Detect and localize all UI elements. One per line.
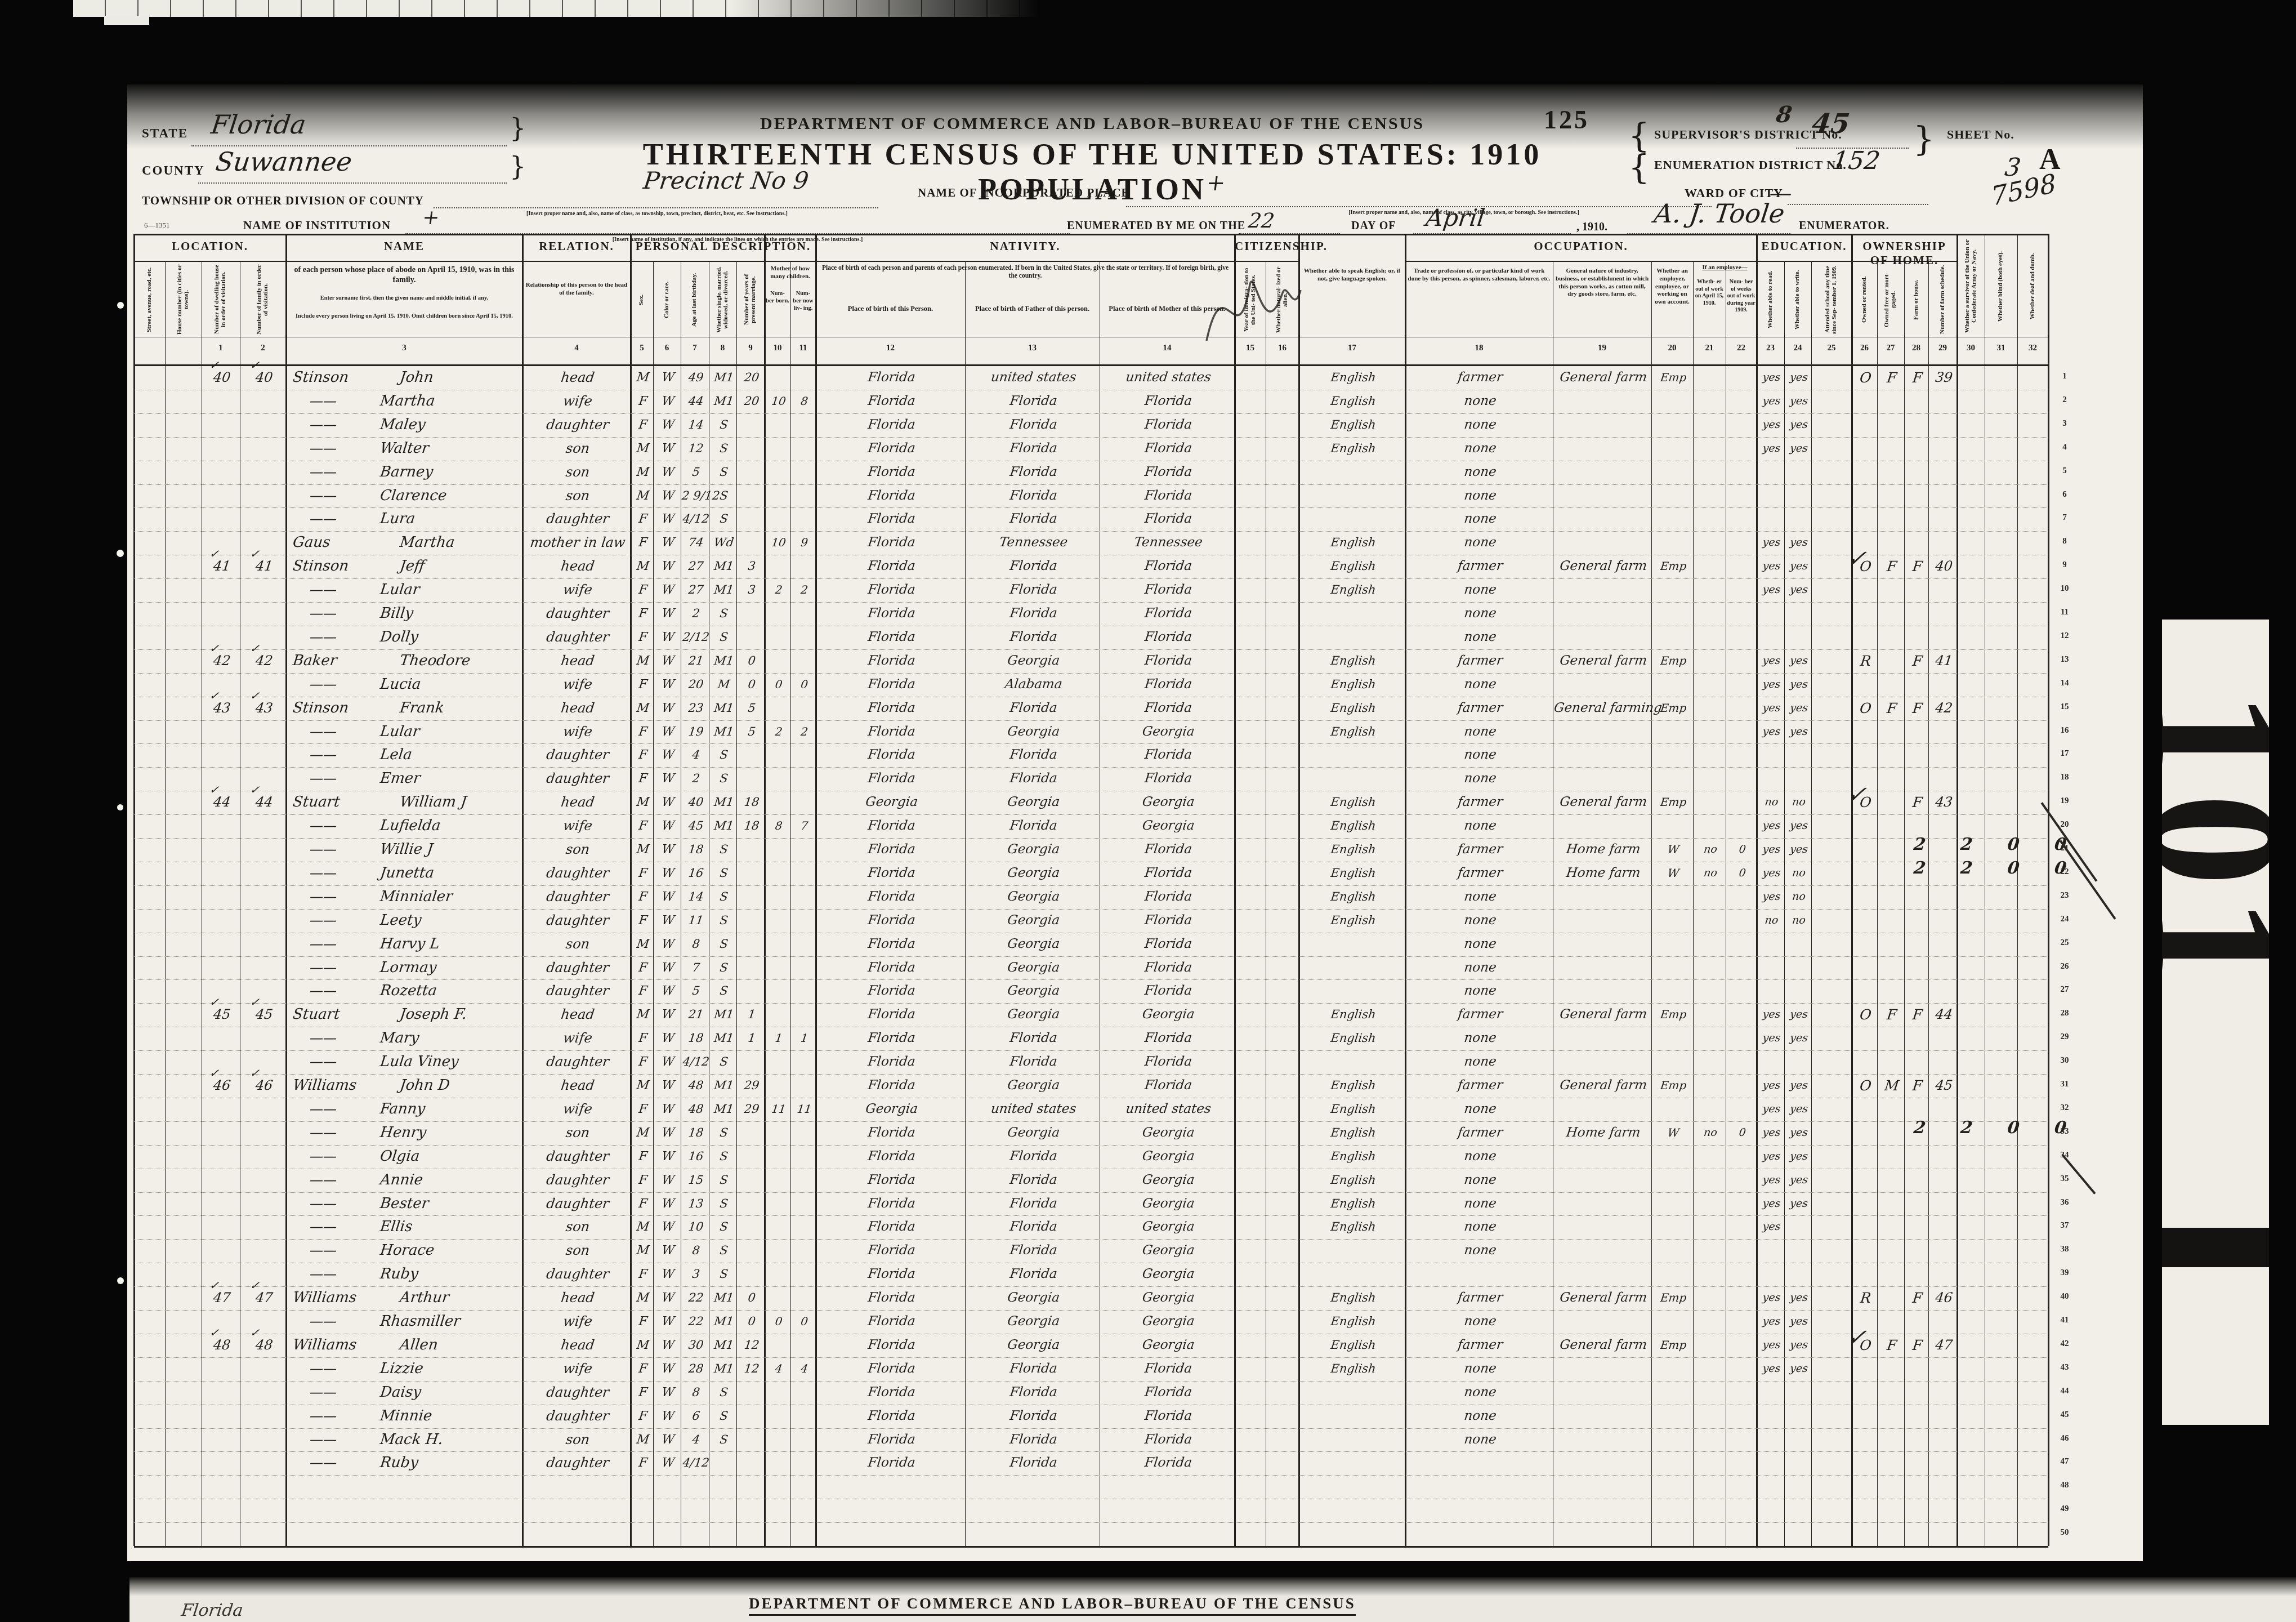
- cell-occ: none: [1405, 463, 1555, 482]
- row-line: [134, 484, 2048, 485]
- row-number: 15: [2052, 702, 2078, 712]
- cell-surname: Stuart: [292, 1005, 407, 1024]
- row-line: [134, 1286, 2048, 1287]
- cell-given-name: Mack H.: [379, 1431, 499, 1450]
- cell-wr: yes: [1784, 439, 1813, 458]
- cell-mar: M1: [709, 1100, 739, 1119]
- row-line: [134, 697, 2048, 697]
- cell-fs: 47: [1928, 1336, 1959, 1355]
- cell-fs: 46: [1928, 1289, 1959, 1308]
- ditto-mark: ——: [309, 935, 361, 954]
- group-underline: [816, 261, 1235, 262]
- row-number: 41: [2052, 1316, 2078, 1325]
- cell-own: O: [1852, 1005, 1879, 1024]
- visit-check: ✓: [245, 358, 264, 372]
- cell-pb: Florida: [816, 1289, 967, 1308]
- next-sheet-shadow: [129, 1577, 2296, 1596]
- cell-pbm: Georgia: [1100, 1265, 1237, 1284]
- ditto-mark: ——: [309, 416, 361, 435]
- county-brace: }: [510, 151, 526, 181]
- cell-ind: General farm: [1553, 1336, 1654, 1355]
- cell-race: W: [653, 1147, 683, 1166]
- cell-pb: Florida: [816, 840, 967, 859]
- col-number: 23: [1757, 344, 1784, 353]
- cell-wr: yes: [1784, 817, 1813, 836]
- cell-own: R: [1852, 652, 1879, 671]
- cell-pbf: Florida: [965, 1454, 1102, 1473]
- visit-check: ✓: [205, 689, 224, 702]
- cell-pbf: united states: [965, 368, 1102, 387]
- cell-rel: son: [522, 487, 633, 506]
- cell-pbf: Georgia: [965, 959, 1102, 978]
- cell-age: 20: [681, 675, 711, 694]
- cell-wks: 0: [1726, 840, 1759, 859]
- county-label: COUNTY: [142, 163, 205, 178]
- punch-hole: [117, 1277, 124, 1284]
- cell-given-name: Lormay: [379, 959, 499, 978]
- cell-rel: head: [522, 1336, 633, 1355]
- cell-sex: F: [631, 888, 655, 907]
- cell-pbf: Georgia: [965, 1124, 1102, 1143]
- name-desc: Enter surname first, then the given name…: [293, 295, 516, 302]
- cell-race: W: [653, 699, 683, 718]
- cell-race: W: [653, 652, 683, 671]
- cell-race: W: [653, 487, 683, 506]
- cell-rel: son: [522, 1124, 633, 1143]
- cell-occ: farmer: [1405, 1005, 1555, 1024]
- row-line: [134, 1169, 2048, 1169]
- cell-pbm: Florida: [1100, 911, 1237, 930]
- tabulation-note: 2 2 0 0: [1913, 1118, 2061, 1138]
- cell-rel: daughter: [522, 510, 633, 529]
- col-label: Street, avenue, road, etc.: [135, 264, 164, 335]
- cell-rel: wife: [522, 392, 633, 411]
- cell-occ: none: [1405, 416, 1555, 435]
- cell-pb: Florida: [816, 533, 967, 552]
- cell-mar: M1: [709, 1289, 739, 1308]
- cell-mar: M1: [709, 1029, 739, 1048]
- cell-race: W: [653, 793, 683, 812]
- cell-rel: daughter: [522, 1383, 633, 1402]
- ditto-mark: ——: [309, 769, 361, 788]
- table-vline: [790, 262, 791, 1546]
- cell-pbm: Georgia: [1100, 723, 1237, 742]
- cell-age: 8: [681, 935, 711, 954]
- row-line: [134, 390, 2048, 390]
- cell-given-name: Martha: [379, 392, 499, 411]
- cell-sex: M: [631, 463, 655, 482]
- row-line: [134, 767, 2048, 768]
- cell-wr: no: [1784, 888, 1813, 907]
- row-number: 10: [2052, 584, 2078, 594]
- cell-age: 27: [681, 557, 711, 576]
- cell-pb: Florida: [816, 982, 967, 1001]
- col-label: Whether able to read.: [1758, 264, 1783, 335]
- cell-given-name: Harvy L: [379, 935, 499, 954]
- cell-given-name: Willie J: [379, 840, 499, 859]
- row-number: 31: [2052, 1080, 2078, 1089]
- cell-pb: Florida: [816, 604, 967, 623]
- cell-eng: English: [1299, 533, 1408, 552]
- cell-occ: farmer: [1405, 699, 1555, 718]
- cell-fh: F: [1904, 793, 1931, 812]
- cell-rd: yes: [1757, 675, 1786, 694]
- cell-race: W: [653, 1076, 683, 1095]
- cell-cb: 0: [765, 675, 793, 694]
- row-number: 44: [2052, 1387, 2078, 1396]
- ditto-mark: ——: [309, 1218, 361, 1237]
- visit-check: ✓: [205, 641, 224, 655]
- cell-eng: English: [1299, 1218, 1408, 1237]
- cell-age: 28: [681, 1360, 711, 1379]
- col-number: 28: [1904, 344, 1928, 353]
- col-label: House number (in cities or towns).: [166, 264, 200, 335]
- cell-rel: head: [522, 368, 633, 387]
- sheet-label: SHEET No.: [1947, 127, 2014, 142]
- cell-pbm: Georgia: [1100, 1218, 1237, 1237]
- cell-race: W: [653, 723, 683, 742]
- row-number: 27: [2052, 985, 2078, 995]
- cell-rel: wife: [522, 1100, 633, 1119]
- col-label: Attended school any time since Sep- temb…: [1812, 264, 1851, 335]
- cell-rel: daughter: [522, 959, 633, 978]
- cell-ind: General farm: [1553, 652, 1654, 671]
- cell-given-name: Ruby: [379, 1454, 499, 1473]
- cell-mar: S: [709, 982, 739, 1001]
- col-label: Color or race.: [654, 264, 680, 335]
- cell-pbm: Florida: [1100, 628, 1237, 647]
- row-number: 11: [2052, 608, 2078, 617]
- cell-rd: yes: [1757, 1218, 1786, 1237]
- cell-occ: none: [1405, 911, 1555, 930]
- cell-rd: yes: [1757, 840, 1786, 859]
- cell-yrs: 3: [736, 581, 767, 600]
- cell-age: 16: [681, 1147, 711, 1166]
- day-of-label: DAY OF: [1351, 220, 1396, 233]
- cell-race: W: [653, 675, 683, 694]
- cell-cb: 2: [765, 581, 793, 600]
- cell-pbf: Georgia: [965, 1336, 1102, 1355]
- cell-rel: mother in law: [522, 533, 633, 552]
- cell-fs: 39: [1928, 368, 1959, 387]
- cell-age: 16: [681, 864, 711, 883]
- row-number: 5: [2052, 466, 2078, 476]
- county-line: [198, 182, 507, 184]
- cell-age: 2 9/12: [681, 487, 711, 506]
- cell-pbf: Florida: [965, 1195, 1102, 1214]
- cell-pbf: Georgia: [965, 793, 1102, 812]
- cell-given-name: Clarence: [379, 487, 499, 506]
- tabulation-note: 2 2 0 0: [1913, 835, 2061, 854]
- cell-age: 6: [681, 1407, 711, 1426]
- cell-wr: yes: [1784, 416, 1813, 435]
- cell-pb: Florida: [816, 817, 967, 836]
- cell-pbm: Florida: [1100, 392, 1237, 411]
- enumerator-value: A. J. Toole: [1652, 198, 1786, 229]
- row-line: [134, 1428, 2048, 1429]
- row-number: 12: [2052, 631, 2078, 641]
- cell-occ: none: [1405, 1147, 1555, 1166]
- cell-race: W: [653, 864, 683, 883]
- enumerator-label: ENUMERATOR.: [1799, 220, 1889, 233]
- cell-given-name: Billy: [379, 604, 499, 623]
- mother-title: Mother of how many children.: [765, 265, 816, 281]
- cell-eng: English: [1299, 723, 1408, 742]
- cell-pbm: Florida: [1100, 959, 1237, 978]
- cell-pbm: Florida: [1100, 746, 1237, 765]
- cell-wr: yes: [1784, 1124, 1813, 1143]
- cell-pb: Florida: [816, 1218, 967, 1237]
- cell-fs: 43: [1928, 793, 1959, 812]
- cell-pbf: Florida: [965, 392, 1102, 411]
- visit-check: ✓: [205, 783, 224, 796]
- ditto-mark: ——: [309, 392, 361, 411]
- group-title: LOCATION.: [134, 239, 286, 253]
- cell-yrs: 3: [736, 557, 767, 576]
- cell-eng: English: [1299, 888, 1408, 907]
- col-number: 22: [1726, 344, 1757, 353]
- cell-occ: farmer: [1405, 1076, 1555, 1095]
- cell-eng: English: [1299, 864, 1408, 883]
- cell-pbf: Florida: [965, 699, 1102, 718]
- row-line: [134, 743, 2048, 744]
- cell-pb: Florida: [816, 1312, 967, 1331]
- ditto-mark: ——: [309, 1454, 361, 1473]
- cell-age: 30: [681, 1336, 711, 1355]
- township-label: TOWNSHIP OR OTHER DIVISION OF COUNTY: [142, 194, 424, 208]
- cell-pbm: Florida: [1100, 1360, 1237, 1379]
- group-underline: [522, 261, 631, 262]
- ditto-mark: ——: [309, 1053, 361, 1072]
- cell-occ: none: [1405, 817, 1555, 836]
- cell-age: 5: [681, 982, 711, 1001]
- cell-age: 22: [681, 1312, 711, 1331]
- cell-pb: Florida: [816, 1336, 967, 1355]
- row-line: [134, 1121, 2048, 1122]
- cell-pbf: Florida: [965, 557, 1102, 576]
- cell-occ: none: [1405, 723, 1555, 742]
- ditto-mark: ——: [309, 1241, 361, 1260]
- cell-pbm: Tennessee: [1100, 533, 1237, 552]
- cell-eng: English: [1299, 1029, 1408, 1048]
- col-label: Num- ber born.: [766, 290, 789, 305]
- cell-race: W: [653, 840, 683, 859]
- cell-race: W: [653, 1289, 683, 1308]
- cell-rd: yes: [1757, 1124, 1786, 1143]
- cell-race: W: [653, 628, 683, 647]
- cell-rel: daughter: [522, 1171, 633, 1190]
- cell-sex: M: [631, 487, 655, 506]
- cell-given-name: Allen: [399, 1336, 519, 1355]
- cell-pbf: Florida: [965, 1029, 1102, 1048]
- cell-rd: yes: [1757, 1312, 1786, 1331]
- cell-eng: English: [1299, 840, 1408, 859]
- cell-pb: Florida: [816, 581, 967, 600]
- cell-race: W: [653, 959, 683, 978]
- cell-race: W: [653, 581, 683, 600]
- cell-sex: F: [631, 1195, 655, 1214]
- cell-given-name: Joseph F.: [399, 1005, 519, 1024]
- cell-race: W: [653, 368, 683, 387]
- col-number: 29: [1928, 344, 1957, 353]
- cell-emp: Emp: [1651, 1289, 1695, 1308]
- cell-wr: yes: [1784, 652, 1813, 671]
- cell-own: O: [1852, 1076, 1879, 1095]
- cell-occ: none: [1405, 959, 1555, 978]
- cell-ind: General farm: [1553, 557, 1654, 576]
- table-top-rule: [134, 234, 2048, 235]
- cell-occ: none: [1405, 1360, 1555, 1379]
- cell-cl: 4: [790, 1360, 818, 1379]
- employee-title: If an employee—: [1693, 264, 1757, 272]
- cell-sex: F: [631, 1053, 655, 1072]
- cell-emp: Emp: [1651, 557, 1695, 576]
- row-number: 36: [2052, 1198, 2078, 1207]
- row-number: 46: [2052, 1434, 2078, 1443]
- county-value: Suwannee: [214, 146, 354, 177]
- township-note: [Insert proper name and, also, name of c…: [435, 211, 879, 217]
- col-number: 32: [2017, 344, 2048, 353]
- cell-pbm: Florida: [1100, 769, 1237, 788]
- cell-age: 4/12: [681, 510, 711, 529]
- row-number: 49: [2052, 1504, 2078, 1514]
- cell-rd: yes: [1757, 817, 1786, 836]
- cell-eng: English: [1299, 557, 1408, 576]
- cell-emp: Emp: [1651, 652, 1695, 671]
- row-line: [134, 1074, 2048, 1075]
- cell-cb: 10: [765, 392, 793, 411]
- cell-mar: M1: [709, 557, 739, 576]
- cell-given-name: William J: [399, 793, 519, 812]
- dept-line: DEPARTMENT OF COMMERCE AND LABOR–BUREAU …: [721, 114, 1464, 133]
- cell-cb: 0: [765, 1312, 793, 1331]
- cell-ind: General farm: [1553, 1289, 1654, 1308]
- cell-race: W: [653, 1053, 683, 1072]
- cell-pbm: Florida: [1100, 1053, 1237, 1072]
- cell-race: W: [653, 1029, 683, 1048]
- cell-pbf: Florida: [965, 1360, 1102, 1379]
- cell-pb: Florida: [816, 1431, 967, 1450]
- cell-emp: Emp: [1651, 793, 1695, 812]
- punch-hole: [117, 302, 124, 309]
- cell-wks: 0: [1726, 864, 1759, 883]
- row-number: 45: [2052, 1410, 2078, 1420]
- cell-pb: Florida: [816, 746, 967, 765]
- name-desc: Include every person living on April 15,…: [293, 313, 516, 320]
- side-stamp-smudge: [2162, 1228, 2269, 1267]
- cell-pbf: Tennessee: [965, 533, 1102, 552]
- row-line: [134, 602, 2048, 603]
- cell-pbm: Georgia: [1100, 793, 1237, 812]
- cell-race: W: [653, 604, 683, 623]
- cell-race: W: [653, 1265, 683, 1284]
- cell-rel: son: [522, 1431, 633, 1450]
- cell-eng: English: [1299, 652, 1408, 671]
- cell-pbm: Georgia: [1100, 817, 1237, 836]
- col-label: Place of birth of this Person.: [818, 305, 963, 314]
- cell-sex: M: [631, 1289, 655, 1308]
- row-number: 25: [2052, 938, 2078, 948]
- cell-race: W: [653, 746, 683, 765]
- col-number: 30: [1957, 344, 1985, 353]
- col-label: Whether able to write.: [1785, 264, 1810, 335]
- cell-rel: daughter: [522, 1265, 633, 1284]
- cell-pb: Florida: [816, 675, 967, 694]
- cell-mar: S: [709, 1383, 739, 1402]
- cell-rd: yes: [1757, 652, 1786, 671]
- cell-sex: F: [631, 746, 655, 765]
- cell-age: 10: [681, 1218, 711, 1237]
- row-number: 28: [2052, 1009, 2078, 1018]
- cell-occ: farmer: [1405, 368, 1555, 387]
- visit-check: ✓: [245, 547, 264, 560]
- cell-rel: head: [522, 793, 633, 812]
- cell-pbf: Florida: [965, 628, 1102, 647]
- cell-surname: Williams: [292, 1289, 407, 1308]
- ditto-mark: ——: [309, 604, 361, 623]
- row-number: 29: [2052, 1032, 2078, 1042]
- cell-pbm: united states: [1100, 1100, 1237, 1119]
- col-number: 15: [1235, 344, 1266, 353]
- row-line: [134, 1334, 2048, 1334]
- cell-ind: Home farm: [1553, 840, 1654, 859]
- cell-given-name: Jeff: [399, 557, 519, 576]
- cell-emp: W: [1651, 840, 1695, 859]
- cell-pbm: Florida: [1100, 557, 1237, 576]
- cell-wr: yes: [1784, 392, 1813, 411]
- group-title: NATIVITY.: [816, 239, 1235, 253]
- cell-mar: S: [709, 911, 739, 930]
- cell-given-name: Olgia: [379, 1147, 499, 1166]
- col-number: 17: [1299, 344, 1405, 353]
- cell-wr: no: [1784, 864, 1813, 883]
- row-line: [134, 791, 2048, 791]
- cell-mar: S: [709, 1171, 739, 1190]
- cell-wr: yes: [1784, 533, 1813, 552]
- state-label: STATE: [142, 126, 188, 141]
- group-underline: [1235, 261, 1299, 262]
- cell-eng: English: [1299, 1076, 1408, 1095]
- cell-pbm: Florida: [1100, 652, 1237, 671]
- cell-race: W: [653, 935, 683, 954]
- cell-mar: S: [709, 746, 739, 765]
- ward-line: [1788, 204, 1928, 205]
- cell-given-name: Emer: [379, 769, 499, 788]
- cell-wr: no: [1784, 793, 1813, 812]
- row-line: [134, 531, 2048, 532]
- cell-pbf: Florida: [965, 604, 1102, 623]
- cell-cl: 2: [790, 723, 818, 742]
- col-number: 1: [202, 344, 240, 353]
- cell-yrs: 5: [736, 723, 767, 742]
- row-number: 4: [2052, 443, 2078, 452]
- cell-rel: wife: [522, 1029, 633, 1048]
- cell-race: W: [653, 1454, 683, 1473]
- state-value: Florida: [209, 109, 308, 140]
- ownership-check: ✓: [1844, 1325, 1870, 1351]
- cell-pb: Florida: [816, 1053, 967, 1072]
- cell-pbm: Florida: [1100, 699, 1237, 718]
- cell-mar: M1: [709, 1005, 739, 1024]
- row-number: 32: [2052, 1103, 2078, 1113]
- visit-check: ✓: [245, 1066, 264, 1080]
- cell-rd: yes: [1757, 1076, 1786, 1095]
- col-number: 14: [1100, 344, 1235, 353]
- supervisor-extra: 8: [1775, 101, 1794, 128]
- cell-surname: Williams: [292, 1076, 407, 1095]
- row-line: [134, 814, 2048, 815]
- cell-occ: none: [1405, 1171, 1555, 1190]
